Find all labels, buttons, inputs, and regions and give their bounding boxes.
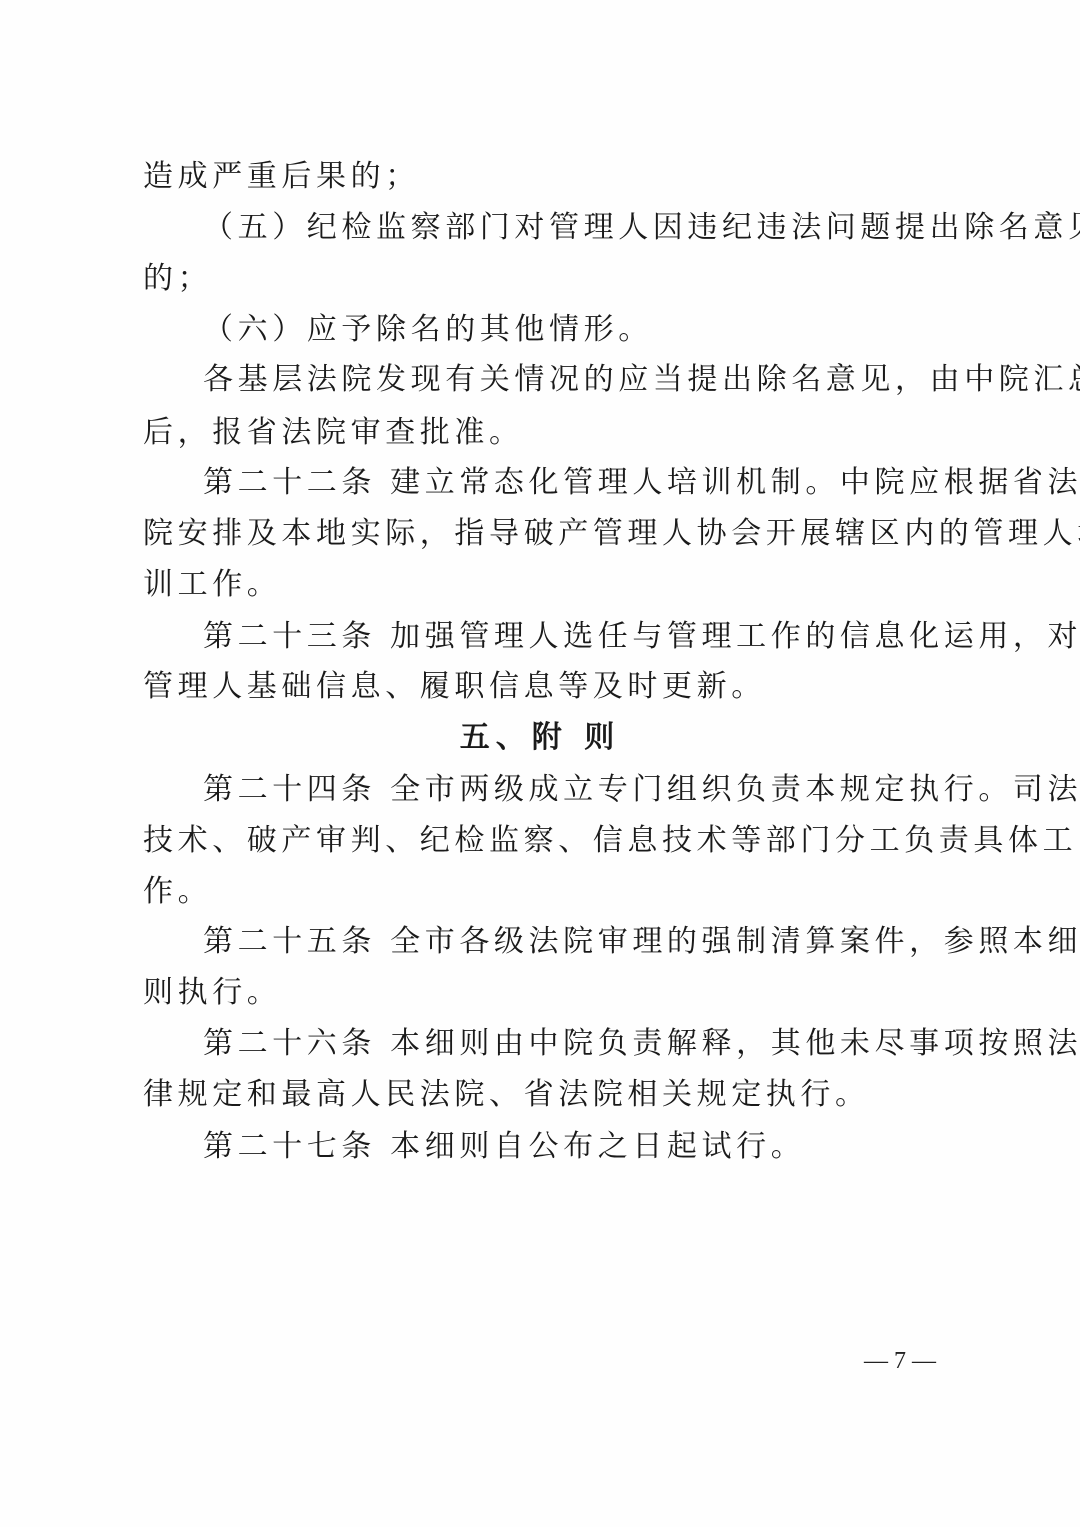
- article-24-line: 第二十四条 全市两级成立专门组织负责本规定执行。司法: [203, 770, 955, 810]
- text-line: 技术、破产审判、纪检监察、信息技术等部门分工负责具体工: [143, 821, 955, 861]
- text-line: 各基层法院发现有关情况的应当提出除名意见，由中院汇总: [203, 360, 955, 400]
- article-27-line: 第二十七条 本细则自公布之日起试行。: [203, 1127, 955, 1167]
- text-line: 的；: [143, 259, 955, 299]
- article-23-line: 第二十三条 加强管理人选任与管理工作的信息化运用，对: [203, 617, 955, 657]
- page-number: — 7 —: [840, 1346, 960, 1376]
- text-line: 院安排及本地实际，指导破产管理人协会开展辖区内的管理人培: [143, 514, 955, 554]
- article-22-line: 第二十二条 建立常态化管理人培训机制。中院应根据省法: [203, 463, 955, 503]
- article-25-line: 第二十五条 全市各级法院审理的强制清算案件，参照本细: [203, 922, 955, 962]
- text-line: 作。: [143, 872, 955, 912]
- article-26-line: 第二十六条 本细则由中院负责解释，其他未尽事项按照法: [203, 1024, 955, 1064]
- text-line: 后，报省法院审查批准。: [143, 413, 955, 453]
- text-line: 律规定和最高人民法院、省法院相关规定执行。: [143, 1075, 955, 1115]
- text-line: 则执行。: [143, 973, 955, 1013]
- text-line: （五）纪检监察部门对管理人因违纪违法问题提出除名意见: [203, 208, 955, 248]
- text-line: 造成严重后果的；: [143, 157, 955, 197]
- text-line: 管理人基础信息、履职信息等及时更新。: [143, 667, 955, 707]
- text-line: 训工作。: [143, 565, 955, 605]
- text-line: （六）应予除名的其他情形。: [203, 310, 955, 350]
- document-page: 造成严重后果的； （五）纪检监察部门对管理人因违纪违法问题提出除名意见 的； （…: [0, 0, 1080, 1527]
- section-heading: 五、附 则: [0, 718, 1080, 758]
